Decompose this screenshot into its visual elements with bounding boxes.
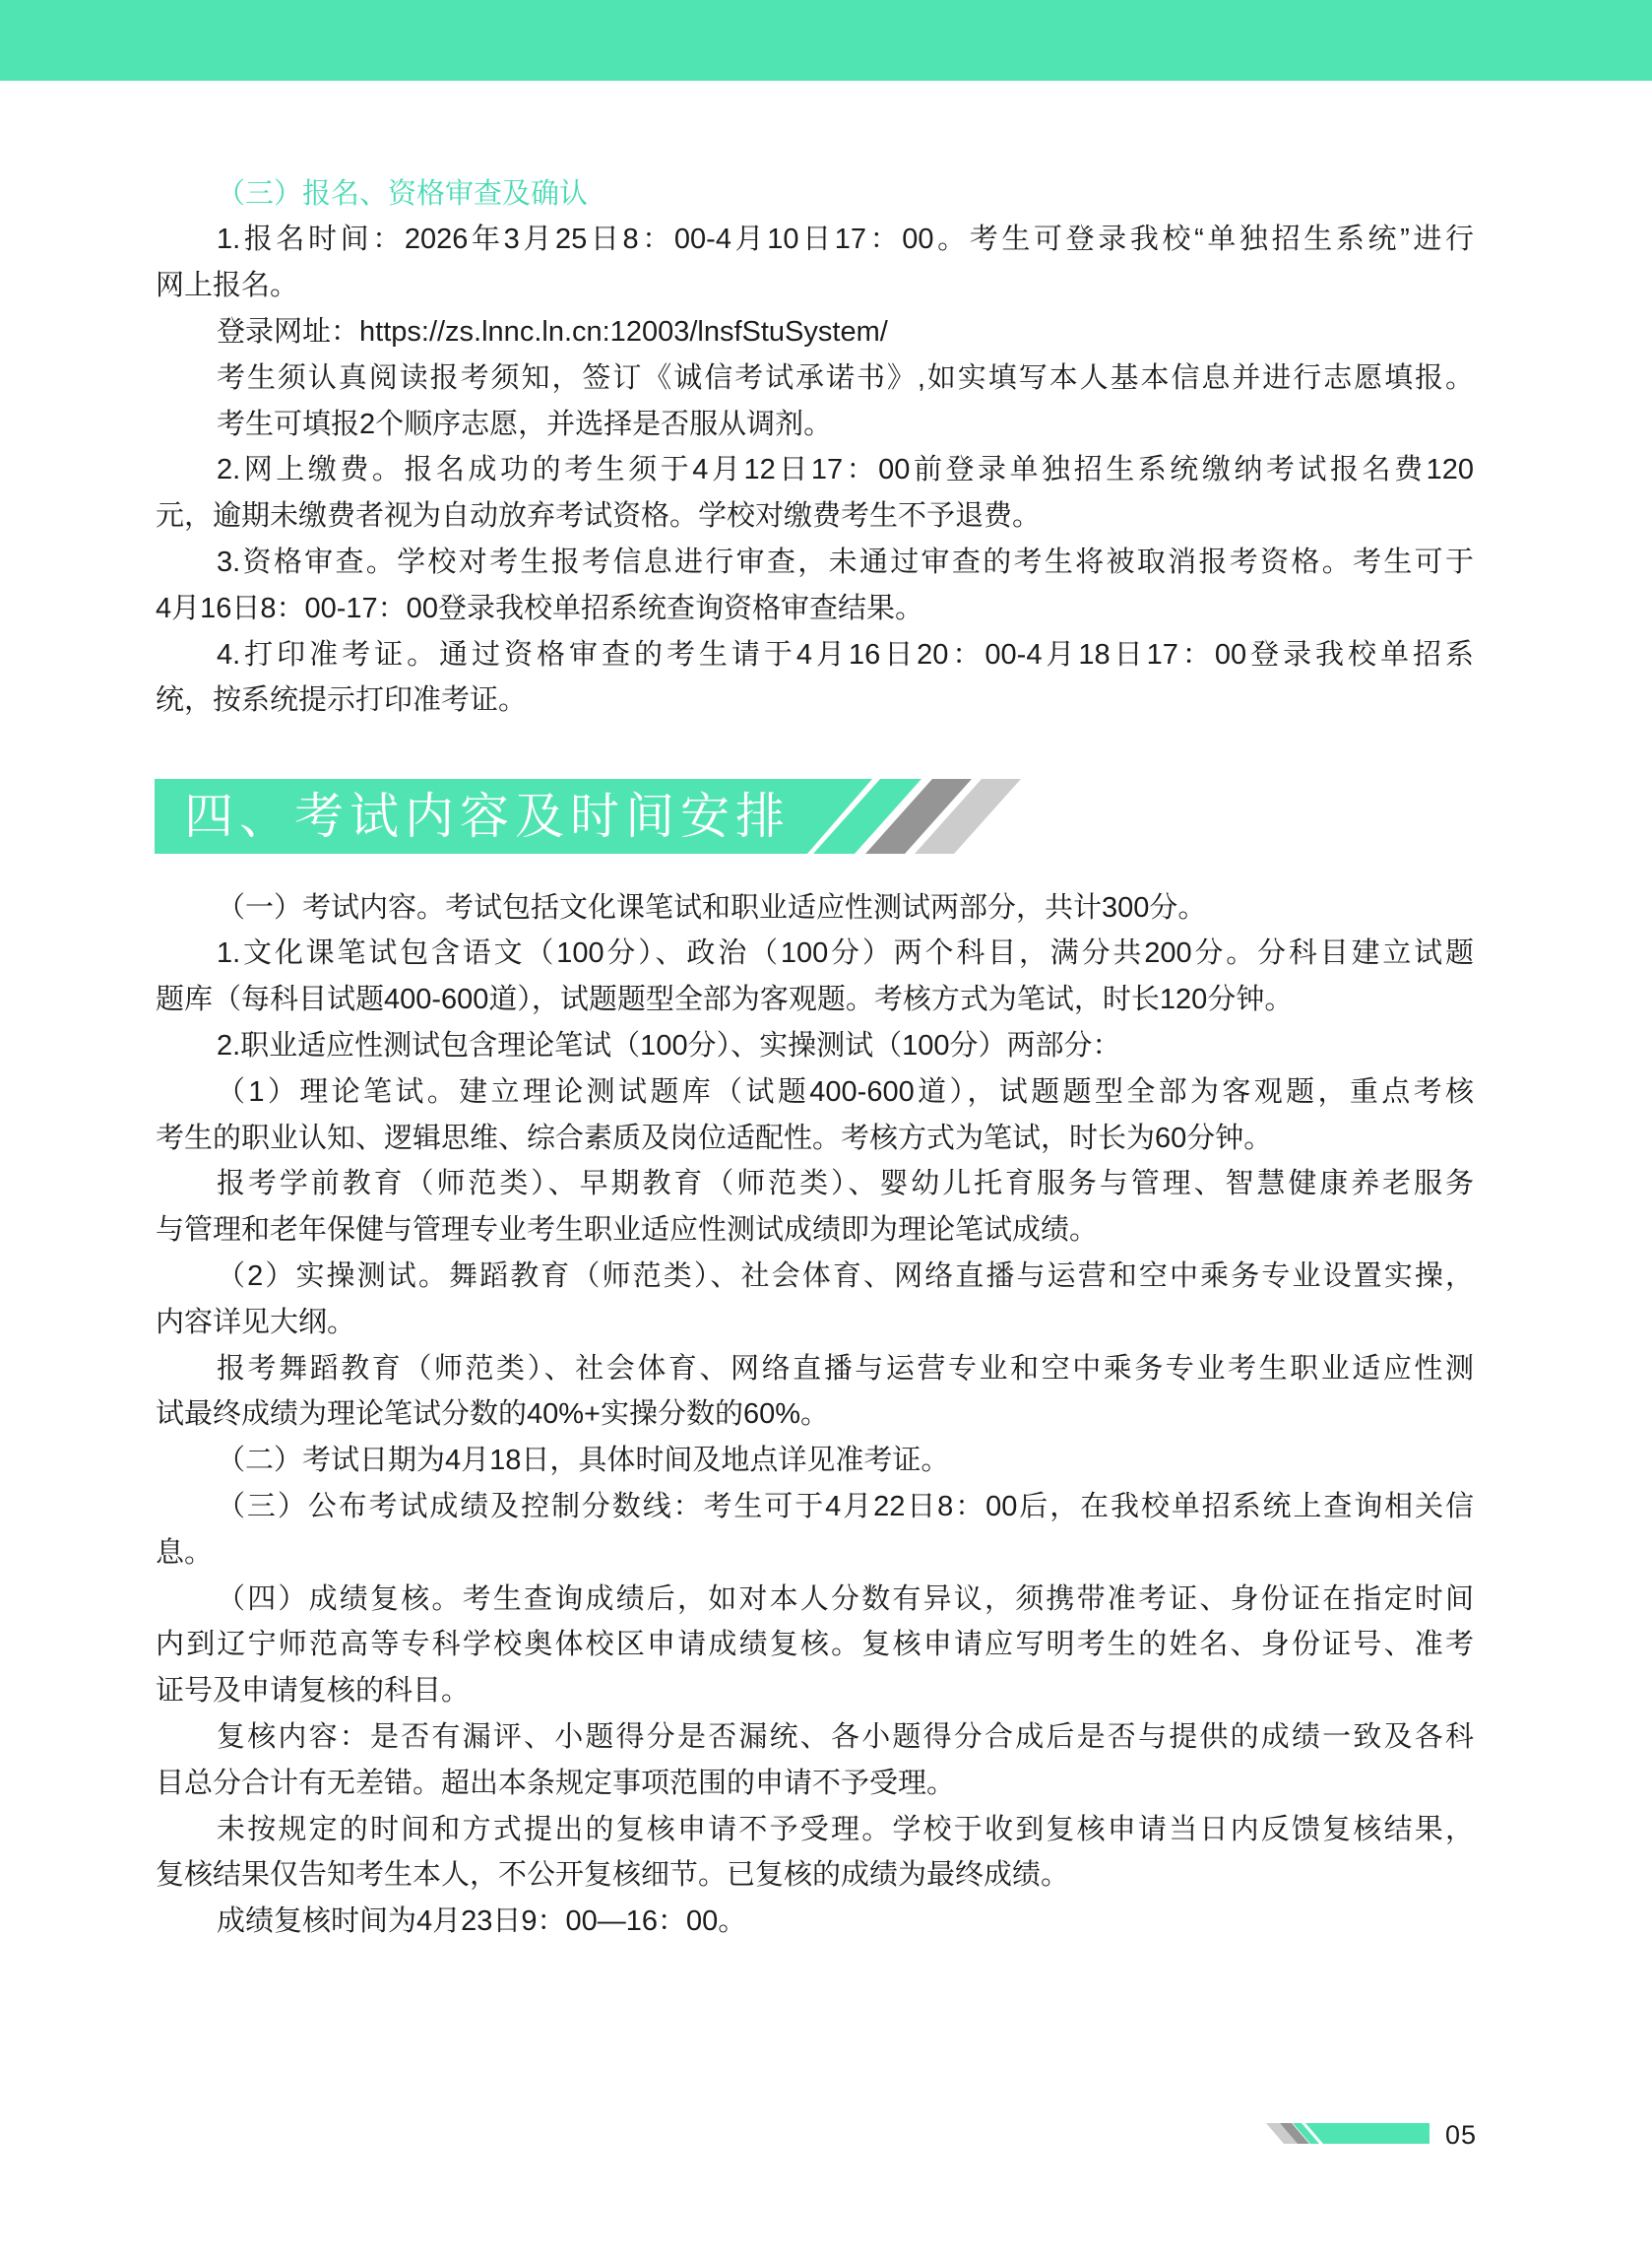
paragraph-qualification-review: 3.资格审查。学校对考生报考信息进行审查，未通过审查的考生将被取消报考资格。考生… bbox=[156, 540, 1474, 632]
paragraph-review-content: 复核内容：是否有漏评、小题得分是否漏统、各小题得分合成后是否与提供的成绩一致及各… bbox=[156, 1714, 1474, 1807]
paragraph-line: （1）理论笔试。建立理论测试题库（试题400-600道），试题题型全部为客观题，… bbox=[156, 1069, 1474, 1116]
paragraph-line: 复核内容：是否有漏评、小题得分是否漏统、各小题得分合成后是否与提供的成绩一致及各… bbox=[156, 1714, 1474, 1761]
header-band bbox=[0, 0, 1652, 81]
paragraph-line: 成绩复核时间为4月23日9：00—16：00。 bbox=[156, 1899, 1474, 1945]
paragraph-line: 3.资格审查。学校对考生报考信息进行审查，未通过审查的考生将被取消报考资格。考生… bbox=[156, 540, 1474, 586]
paragraph-line: 2.网上缴费。报名成功的考生须于4月12日17：00前登录单独招生系统缴纳考试报… bbox=[156, 447, 1474, 493]
paragraph-exam-content-overview: （一）考试内容。考试包括文化课笔试和职业适应性测试两部分，共计300分。 bbox=[156, 885, 1474, 932]
paragraph-line: 统，按系统提示打印准考证。 bbox=[156, 677, 1474, 724]
paragraph-review-time: 成绩复核时间为4月23日9：00—16：00。 bbox=[156, 1899, 1474, 1945]
paragraph-vocational-aptitude-test: 2.职业适应性测试包含理论笔试（100分）、实操测试（100分）两部分： bbox=[156, 1023, 1474, 1069]
paragraph-line: 考生可填报2个顺序志愿，并选择是否服从调剂。 bbox=[156, 402, 1474, 448]
paragraph-line: （2）实操测试。舞蹈教育（师范类）、社会体育、网络直播与运营和空中乘务专业设置实… bbox=[156, 1254, 1474, 1300]
paragraph-line: 报考舞蹈教育（师范类）、社会体育、网络直播与运营专业和空中乘务专业考生职业适应性… bbox=[156, 1346, 1474, 1392]
footer-bar-main bbox=[1305, 2123, 1430, 2144]
paragraph-online-payment: 2.网上缴费。报名成功的考生须于4月12日17：00前登录单独招生系统缴纳考试报… bbox=[156, 447, 1474, 540]
paragraph-practical-test: （2）实操测试。舞蹈教育（师范类）、社会体育、网络直播与运营和空中乘务专业设置实… bbox=[156, 1254, 1474, 1346]
paragraph-theory-only-majors: 报考学前教育（师范类）、早期教育（师范类）、婴幼儿托育服务与管理、智慧健康养老服… bbox=[156, 1161, 1474, 1254]
paragraph-practical-score-formula: 报考舞蹈教育（师范类）、社会体育、网络直播与运营专业和空中乘务专业考生职业适应性… bbox=[156, 1346, 1474, 1439]
paragraph-score-review: （四）成绩复核。考生查询成绩后，如对本人分数有异议，须携带准考证、身份证在指定时… bbox=[156, 1577, 1474, 1714]
footer-stripe-decoration bbox=[1266, 2123, 1430, 2144]
paragraph-registration-url: 登录网址：https://zs.lnnc.ln.cn:12003/lnsfStu… bbox=[156, 309, 1474, 355]
paragraph-line: 1.文化课笔试包含语文（100分）、政治（100分）两个科目，满分共200分。分… bbox=[156, 931, 1474, 977]
registration-url-label: 登录网址： bbox=[217, 316, 359, 348]
paragraph-score-release: （三）公布考试成绩及控制分数线：考生可于4月22日8：00后，在我校单招系统上查… bbox=[156, 1484, 1474, 1577]
paragraph-line: （三）公布考试成绩及控制分数线：考生可于4月22日8：00后，在我校单招系统上查… bbox=[156, 1484, 1474, 1530]
paragraph-line: 2.职业适应性测试包含理论笔试（100分）、实操测试（100分）两部分： bbox=[156, 1023, 1474, 1069]
paragraph-line: 网上报名。 bbox=[156, 263, 1474, 309]
paragraph-line: 考生的职业认知、逻辑思维、综合素质及岗位适配性。考核方式为笔试，时长为60分钟。 bbox=[156, 1116, 1474, 1162]
paragraph-volunteer-choices: 考生可填报2个顺序志愿，并选择是否服从调剂。 bbox=[156, 402, 1474, 448]
paragraph-review-rules: 未按规定的时间和方式提出的复核申请不予受理。学校于收到复核申请当日内反馈复核结果… bbox=[156, 1807, 1474, 1900]
section-heading-registration: （三）报名、资格审查及确认 bbox=[156, 171, 1474, 218]
paragraph-line: 考生须认真阅读报考须知，签订《诚信考试承诺书》,如实填写本人基本信息并进行志愿填… bbox=[156, 355, 1474, 402]
paragraph-line: 4.打印准考证。通过资格审查的考生请于4月16日20：00-4月18日17：00… bbox=[156, 632, 1474, 678]
registration-url-link: https://zs.lnnc.ln.cn:12003/lnsfStuSyste… bbox=[359, 316, 888, 348]
section-banner-title: 四、考试内容及时间安排 bbox=[184, 779, 791, 854]
paragraph-line: 复核结果仅告知考生本人，不公开复核细节。已复核的成绩为最终成绩。 bbox=[156, 1852, 1474, 1899]
paragraph-line: 登录网址：https://zs.lnnc.ln.cn:12003/lnsfStu… bbox=[156, 309, 1474, 355]
paragraph-line: 元，逾期未缴费者视为自动放弃考试资格。学校对缴费考生不予退费。 bbox=[156, 493, 1474, 540]
paragraph-line: 1.报名时间：2026年3月25日8：00-4月10日17：00。考生可登录我校… bbox=[156, 217, 1474, 263]
paragraph-line: 目总分合计有无差错。超出本条规定事项范围的申请不予受理。 bbox=[156, 1761, 1474, 1807]
paragraph-registration-time: 1.报名时间：2026年3月25日8：00-4月10日17：00。考生可登录我校… bbox=[156, 217, 1474, 309]
exam-section: （一）考试内容。考试包括文化课笔试和职业适应性测试两部分，共计300分。 1.文… bbox=[156, 885, 1474, 1945]
paragraph-line: 证号及申请复核的科目。 bbox=[156, 1668, 1474, 1714]
page-number: 05 bbox=[1445, 2121, 1477, 2149]
paragraph-line: 内容详见大纲。 bbox=[156, 1300, 1474, 1346]
paragraph-theory-written-exam: （1）理论笔试。建立理论测试题库（试题400-600道），试题题型全部为客观题，… bbox=[156, 1069, 1474, 1162]
paragraph-line: （一）考试内容。考试包括文化课笔试和职业适应性测试两部分，共计300分。 bbox=[156, 885, 1474, 932]
paragraph-exam-date: （二）考试日期为4月18日，具体时间及地点详见准考证。 bbox=[156, 1438, 1474, 1484]
paragraph-honesty-pledge-note: 考生须认真阅读报考须知，签订《诚信考试承诺书》,如实填写本人基本信息并进行志愿填… bbox=[156, 355, 1474, 402]
paragraph-line: 试最终成绩为理论笔试分数的40%+实操分数的60%。 bbox=[156, 1391, 1474, 1438]
paragraph-line: 息。 bbox=[156, 1530, 1474, 1577]
paragraph-line: 与管理和老年保健与管理专业考生职业适应性测试成绩即为理论笔试成绩。 bbox=[156, 1207, 1474, 1254]
paragraph-culture-written-exam: 1.文化课笔试包含语文（100分）、政治（100分）两个科目，满分共200分。分… bbox=[156, 931, 1474, 1023]
paragraph-line: 内到辽宁师范高等专科学校奥体校区申请成绩复核。复核申请应写明考生的姓名、身份证号… bbox=[156, 1622, 1474, 1668]
paragraph-print-admission-ticket: 4.打印准考证。通过资格审查的考生请于4月16日20：00-4月18日17：00… bbox=[156, 632, 1474, 725]
paragraph-line: （二）考试日期为4月18日，具体时间及地点详见准考证。 bbox=[156, 1438, 1474, 1484]
registration-section: （三）报名、资格审查及确认 1.报名时间：2026年3月25日8：00-4月10… bbox=[156, 171, 1474, 725]
paragraph-line: 题库（每科目试题400-600道），试题题型全部为客观题。考核方式为笔试，时长1… bbox=[156, 977, 1474, 1023]
paragraph-line: （四）成绩复核。考生查询成绩后，如对本人分数有异议，须携带准考证、身份证在指定时… bbox=[156, 1577, 1474, 1623]
paragraph-line: 4月16日8：00-17：00登录我校单招系统查询资格审查结果。 bbox=[156, 586, 1474, 632]
paragraph-line: 报考学前教育（师范类）、早期教育（师范类）、婴幼儿托育服务与管理、智慧健康养老服… bbox=[156, 1161, 1474, 1207]
paragraph-line: 未按规定的时间和方式提出的复核申请不予受理。学校于收到复核申请当日内反馈复核结果… bbox=[156, 1807, 1474, 1853]
